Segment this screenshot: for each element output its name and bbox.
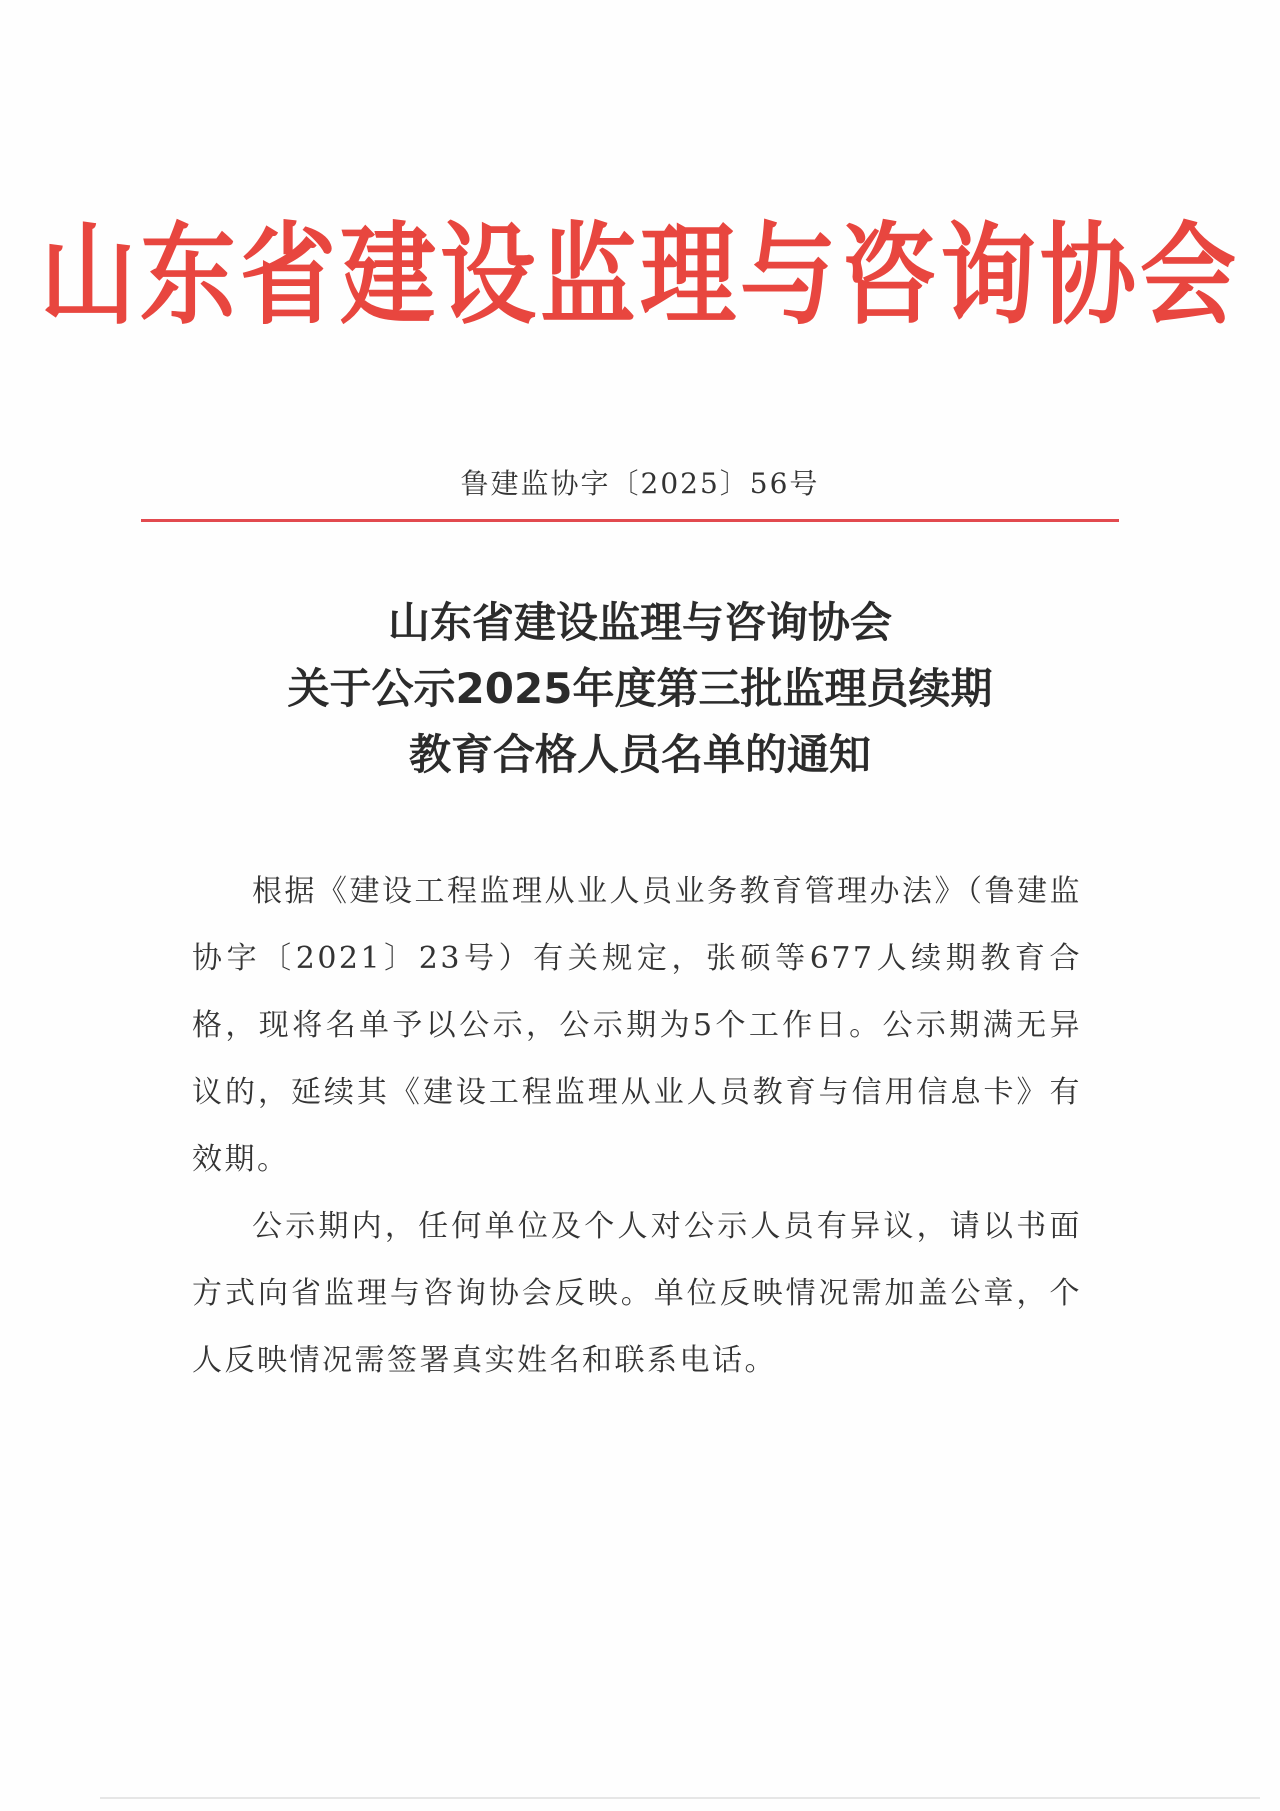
title-line-2: 关于公示2025年度第三批监理员续期: [0, 656, 1280, 722]
masthead-organization-name: 山东省建设监理与咨询协会: [0, 188, 1280, 346]
title-line-1: 山东省建设监理与咨询协会: [0, 590, 1280, 656]
notice-title: 山东省建设监理与咨询协会 关于公示2025年度第三批监理员续期 教育合格人员名单…: [0, 590, 1280, 788]
page-bottom-edge: [100, 1797, 1260, 1799]
document-number: 鲁建监协字〔2025〕56号: [0, 462, 1280, 502]
red-divider-line: [141, 519, 1119, 522]
notice-body: 根据《建设工程监理从业人员业务教育管理办法》（鲁建监协字〔2021〕23号）有关…: [192, 858, 1082, 1394]
body-paragraph-2: 公示期内，任何单位及个人对公示人员有异议，请以书面方式向省监理与咨询协会反映。单…: [192, 1193, 1082, 1394]
title-line-3: 教育合格人员名单的通知: [0, 722, 1280, 788]
document-page: 山东省建设监理与咨询协会 鲁建监协字〔2025〕56号 山东省建设监理与咨询协会…: [0, 0, 1280, 1811]
body-paragraph-1: 根据《建设工程监理从业人员业务教育管理办法》（鲁建监协字〔2021〕23号）有关…: [192, 858, 1082, 1193]
